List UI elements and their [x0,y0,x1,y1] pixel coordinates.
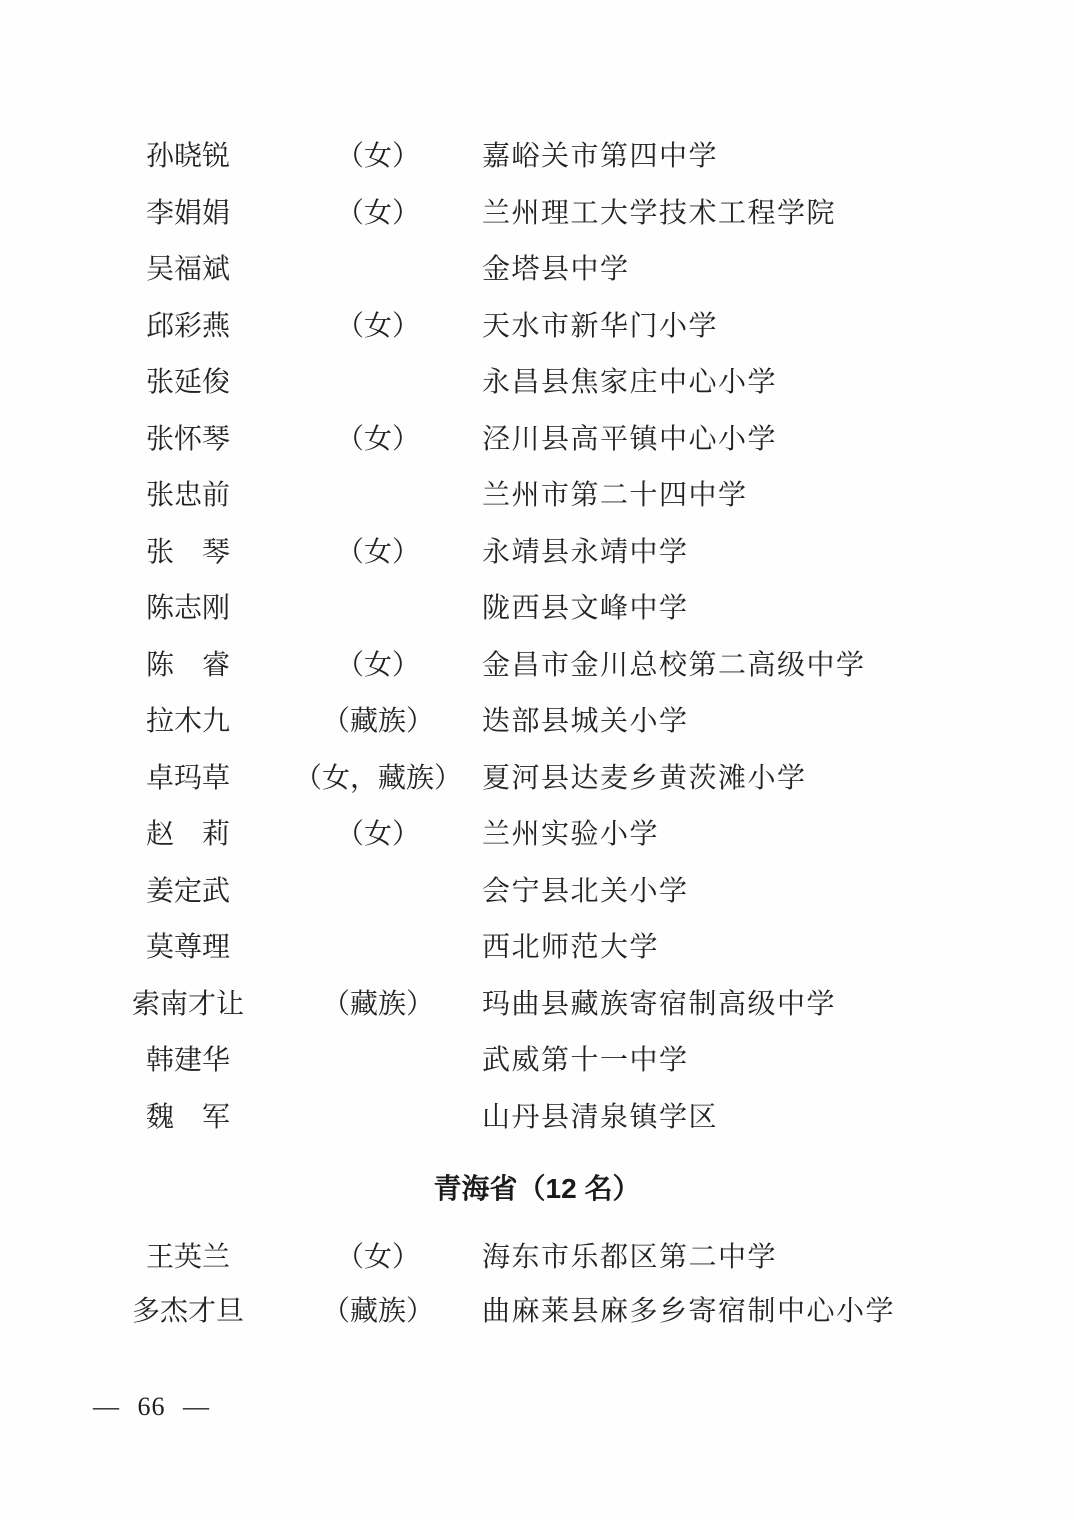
list-item: 吴福斌 金塔县中学 [0,242,1074,299]
person-name: 张忠前 [131,482,245,510]
school-name: 陇西县文峰中学 [482,595,689,623]
list-item: 陈志刚 陇西县文峰中学 [0,581,1074,638]
person-name: 赵 莉 [131,821,245,849]
school-name: 海东市乐都区第二中学 [482,1244,777,1272]
person-name: 陈 睿 [131,652,245,680]
list-item: 孙晓锐 （女） 嘉峪关市第四中学 [0,129,1074,186]
school-name: 武威第十一中学 [482,1047,689,1075]
list-item: 张怀琴 （女） 泾川县高平镇中心小学 [0,412,1074,469]
person-name: 吴福斌 [131,256,245,284]
person-name: 拉木九 [131,708,245,736]
school-name: 兰州理工大学技术工程学院 [482,200,836,228]
school-name: 山丹县清泉镇学区 [482,1104,718,1132]
list-item: 索南才让 （藏族） 玛曲县藏族寄宿制高级中学 [0,977,1074,1034]
school-name: 永靖县永靖中学 [482,539,689,567]
person-name: 莫尊理 [131,934,245,962]
list-item: 莫尊理 西北师范大学 [0,920,1074,977]
gender-ethnicity-tag: （女，藏族） [278,765,478,793]
gender-ethnicity-tag: （女） [278,539,478,567]
gender-ethnicity-tag: （女） [278,200,478,228]
section-title: 青海省（12 名） [0,1169,1074,1209]
gender-ethnicity-tag: （女） [278,1244,478,1272]
list-item: 张 琴 （女） 永靖县永靖中学 [0,525,1074,582]
school-name: 天水市新华门小学 [482,313,718,341]
list-item: 王英兰 （女） 海东市乐都区第二中学 [0,1231,1074,1285]
person-name: 陈志刚 [131,595,245,623]
person-name: 李娟娟 [131,200,245,228]
person-name: 姜定武 [131,878,245,906]
list-item: 拉木九 （藏族） 迭部县城关小学 [0,694,1074,751]
school-name: 会宁县北关小学 [482,878,689,906]
school-name: 玛曲县藏族寄宿制高级中学 [482,991,836,1019]
gender-ethnicity-tag: （女） [278,426,478,454]
school-name: 金昌市金川总校第二高级中学 [482,652,866,680]
list-item: 李娟娟 （女） 兰州理工大学技术工程学院 [0,186,1074,243]
list-item: 陈 睿 （女） 金昌市金川总校第二高级中学 [0,638,1074,695]
person-name: 邱彩燕 [131,313,245,341]
person-name: 张延俊 [131,369,245,397]
award-list-continuation: 孙晓锐 （女） 嘉峪关市第四中学 李娟娟 （女） 兰州理工大学技术工程学院 吴福… [0,0,1074,1146]
person-name: 魏 军 [131,1104,245,1132]
person-name: 韩建华 [131,1047,245,1075]
person-name: 索南才让 [131,991,245,1019]
gender-ethnicity-tag: （女） [278,652,478,680]
person-name: 孙晓锐 [131,143,245,171]
person-name: 王英兰 [131,1244,245,1272]
school-name: 兰州实验小学 [482,821,659,849]
page-number: — 66 — [93,1392,210,1422]
gender-ethnicity-tag: （藏族） [278,1298,478,1326]
school-name: 兰州市第二十四中学 [482,482,748,510]
school-name: 西北师范大学 [482,934,659,962]
list-item: 卓玛草 （女，藏族） 夏河县达麦乡黄茨滩小学 [0,751,1074,808]
document-page: 孙晓锐 （女） 嘉峪关市第四中学 李娟娟 （女） 兰州理工大学技术工程学院 吴福… [0,0,1074,1520]
school-name: 嘉峪关市第四中学 [482,143,718,171]
person-name: 张 琴 [131,539,245,567]
school-name: 迭部县城关小学 [482,708,689,736]
qinghai-province-list: 王英兰 （女） 海东市乐都区第二中学 多杰才旦 （藏族） 曲麻莱县麻多乡寄宿制中… [0,1231,1074,1339]
school-name: 永昌县焦家庄中心小学 [482,369,777,397]
list-item: 韩建华 武威第十一中学 [0,1033,1074,1090]
list-item: 张忠前 兰州市第二十四中学 [0,468,1074,525]
gender-ethnicity-tag: （藏族） [278,708,478,736]
person-name: 张怀琴 [131,426,245,454]
school-name: 金塔县中学 [482,256,630,284]
gender-ethnicity-tag: （女） [278,313,478,341]
list-item: 邱彩燕 （女） 天水市新华门小学 [0,299,1074,356]
school-name: 泾川县高平镇中心小学 [482,426,777,454]
school-name: 夏河县达麦乡黄茨滩小学 [482,765,807,793]
person-name: 多杰才旦 [131,1298,245,1326]
list-item: 多杰才旦 （藏族） 曲麻莱县麻多乡寄宿制中心小学 [0,1285,1074,1339]
person-name: 卓玛草 [131,765,245,793]
gender-ethnicity-tag: （藏族） [278,991,478,1019]
list-item: 赵 莉 （女） 兰州实验小学 [0,807,1074,864]
school-name: 曲麻莱县麻多乡寄宿制中心小学 [482,1298,895,1326]
gender-ethnicity-tag: （女） [278,143,478,171]
gender-ethnicity-tag: （女） [278,821,478,849]
list-item: 魏 军 山丹县清泉镇学区 [0,1090,1074,1147]
list-item: 张延俊 永昌县焦家庄中心小学 [0,355,1074,412]
list-item: 姜定武 会宁县北关小学 [0,864,1074,921]
